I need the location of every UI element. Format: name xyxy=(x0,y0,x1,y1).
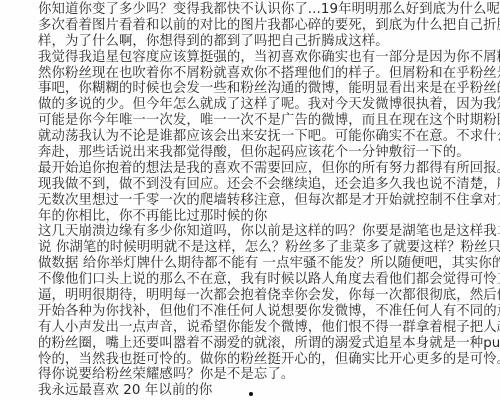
text-line: 这几天崩溃边缘有多少你知道吗，你以前是这样的吗？你要是湖笔也是这样我二话不 xyxy=(38,224,478,240)
text-line: 奔赴，那些话说出来我都觉得酸，但你起码应该花个一分钟敷衍一下的。 xyxy=(38,145,478,161)
text-line: 事吧，你糊糊的时候也会发一些和粉丝沟通的微博，能明显看出来是在乎粉丝的只是 xyxy=(38,81,478,97)
document-body: 你知道你变了多少吗？变得我都快不认识你了...19年明明那么好到底为什么呢，我好… xyxy=(38,2,478,399)
text-line: 说 你湖笔的时候明明就不是这样，怎么？粉丝多了韭菜多了就要这样？粉丝只能氪金 xyxy=(38,240,478,256)
text-line: 多次看着图片看着和以前的对比的图片我都心碎的要死，到底为什么把自己折腾成这 xyxy=(38,18,478,34)
document-page: 你知道你变了多少吗？变得我都快不认识你了...19年明明那么好到底为什么呢，我好… xyxy=(0,0,500,400)
text-line: 怜的，当然我也挺可怜的。做你的粉丝挺开心的，但确实比开心更多的是可怜。还记 xyxy=(38,352,478,368)
text-line: 然你粉丝现在也吹着你不屑粉就喜欢你不搭理他们的样子。但屑粉和在乎粉丝是两码 xyxy=(38,66,478,82)
text-line: 做数据 给你举灯牌什么期待都不能有 一点牢骚不能发？所以随便吧，其实你的粉丝也 xyxy=(38,256,478,272)
text-line: 最开始追你抱着的想法是我的喜欢不需要回应，但你的所有努力都得有所回报。我发 xyxy=(38,161,478,177)
text-line: 逼，明明很期待，明明每一次都会抱着侥幸你会发，你每一次都很彻底，然后他们又 xyxy=(38,288,478,304)
text-line: 我觉得我追星包容度应该算挺强的，当初喜欢你确实也有一部分是因为你不屑粉，当 xyxy=(38,50,478,66)
text-line: 年的你相比，你不再能比过那时候的你 xyxy=(38,209,478,225)
text-line: 我永远最喜欢 20 年以前的你 xyxy=(38,383,478,399)
text-line: 不像他们口头上说的那么不在意，我有时候以路人角度去看他们都会觉得可怜又傻 xyxy=(38,272,478,288)
text-line: 得你说要给粉丝荣耀感吗？你是不是忘了。 xyxy=(38,367,478,383)
text-line: 开始各种为你找补，但他们不准任何人说想要你发微博，不准任何人有不同的意见， xyxy=(38,304,478,320)
text-line: 现我做不到，做不到没有回应。还会不会继续追，还会追多久我也说不清楚，崩溃的 xyxy=(38,177,478,193)
text-line: 你知道你变了多少吗？变得我都快不认识你了...19年明明那么好到底为什么呢，我好 xyxy=(38,2,478,18)
text-line: 就动荡我认为不论是谁都应该会出来安抚一下吧。可能你确实不在意。不求什么双向 xyxy=(38,129,478,145)
text-line: 可能是你今年唯一一次发，唯一一次不是广告的微博，而且在现在这个时期粉圈本身 xyxy=(38,113,478,129)
text-line: 的粉丝圈，嘴上还要叫嚣着不溺爱的就滚，所谓的溺爱式追星本身就是一种pua，挺可 xyxy=(38,336,478,352)
text-line: 无数次里想过一千零一次的爬墙转移注意，但每次都是才开始就控制不住拿对方和19 xyxy=(38,193,478,209)
page-dot-marker xyxy=(249,392,253,396)
text-line: 做的多说的少。但今年怎么就成了这样了呢。我对今天发微博很执着，因为我知道这 xyxy=(38,97,478,113)
text-line: 有人小声发出一点声音，说希望你能发个微博，他们恨不得一群拿着棍子把人赶出你 xyxy=(38,320,478,336)
text-line: 样，为了什么啊，你想得到的都到了吗把自己折腾成这样。 xyxy=(38,34,478,50)
